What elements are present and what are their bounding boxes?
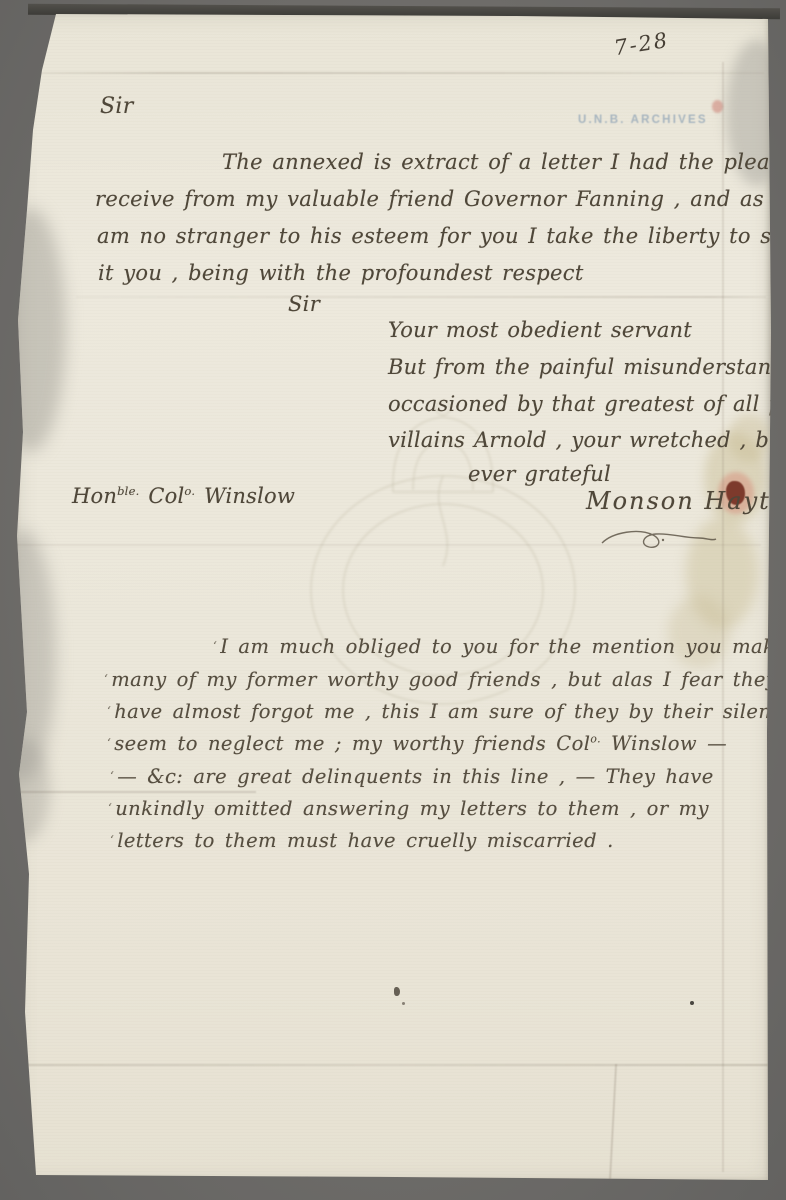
addressee-sup-2: o.	[184, 484, 195, 498]
body-line-2: receive from my valuable friend Governor…	[95, 187, 782, 211]
body-line-1: The annexed is extract of a letter I had…	[222, 150, 786, 174]
extract-text: — &c: are great delinquents in this line…	[117, 765, 714, 788]
extract-sup: o.	[590, 733, 600, 746]
quote-mark: ‘	[110, 769, 114, 783]
addressee: Honble. Colo. Winslow	[72, 484, 295, 508]
document-scan: 7-28 U.N.B. ARCHIVES Sir The annexed is …	[0, 0, 786, 1200]
extract-line-3: ‘have almost forgot me , this I am sure …	[107, 700, 786, 723]
ink-speck-3	[690, 1001, 694, 1005]
addressee-text: Hon	[72, 484, 117, 508]
closing-line-4: villains Arnold , your wretched , but	[388, 428, 786, 452]
fold-crease-5	[16, 1064, 768, 1066]
extract-text: seem to neglect me ; my worthy friends C…	[114, 732, 590, 755]
quote-mark: ‘	[104, 672, 108, 686]
extract-line-4: ‘seem to neglect me ; my worthy friends …	[107, 732, 727, 755]
water-stain-left-small	[0, 738, 50, 842]
quote-mark: ‘	[110, 833, 114, 847]
extract-text: unkindly omitted answering my letters to…	[115, 797, 709, 820]
archives-stamp: U.N.B. ARCHIVES	[578, 114, 708, 126]
extract-text: I am much obliged to you for the mention…	[220, 635, 786, 658]
quote-mark: ‘	[107, 736, 111, 750]
extract-text: have almost forgot me , this I am sure o…	[114, 700, 786, 723]
fold-crease-bottom-vertical	[609, 1064, 617, 1182]
addressee-text-2: Col	[139, 484, 184, 508]
closing-line-5: ever grateful	[468, 462, 611, 486]
extract-line-7: ‘letters to them must have cruelly misca…	[110, 829, 614, 852]
addressee-sup-1: ble.	[117, 484, 139, 498]
water-stain-left-upper	[0, 208, 66, 452]
body-line-4: it you , being with the profoundest resp…	[98, 261, 584, 285]
extract-line-6: ‘unkindly omitted answering my letters t…	[108, 797, 709, 820]
salutation: Sir	[100, 94, 134, 119]
quote-mark: ‘	[108, 801, 112, 815]
fold-crease-4	[16, 791, 256, 793]
extract-text-2: Winslow —	[601, 732, 727, 755]
closing-line-2: But from the painful misunderstanding	[388, 355, 786, 379]
extract-text: letters to them must have cruelly miscar…	[117, 829, 613, 852]
extract-text: many of my former worthy good friends , …	[111, 668, 777, 691]
extract-line-2: ‘many of my former worthy good friends ,…	[104, 668, 777, 691]
signature: Monson Hayt	[586, 487, 771, 515]
ink-speck-1	[394, 987, 400, 996]
signature-flourish	[599, 525, 719, 557]
fold-crease-top	[24, 72, 764, 74]
fold-crease-2	[76, 296, 766, 298]
closing-line-1: Your most obedient servant	[388, 318, 692, 342]
extract-line-5: ‘— &c: are great delinquents in this lin…	[110, 765, 714, 788]
quote-mark: ‘	[107, 704, 111, 718]
extract-line-1: ‘I am much obliged to you for the mentio…	[213, 635, 786, 658]
archive-number: 7-28	[612, 28, 670, 60]
inner-salutation: Sir	[288, 292, 320, 316]
body-line-3: am no stranger to his esteem for you I t…	[97, 224, 786, 248]
quote-mark: ‘	[213, 639, 217, 653]
ink-speck-2	[402, 1002, 405, 1005]
closing-line-3: occasioned by that greatest of all possi…	[388, 392, 786, 416]
letter-page: 7-28 U.N.B. ARCHIVES Sir The annexed is …	[16, 12, 771, 1184]
addressee-text-3: Winslow	[195, 484, 295, 508]
